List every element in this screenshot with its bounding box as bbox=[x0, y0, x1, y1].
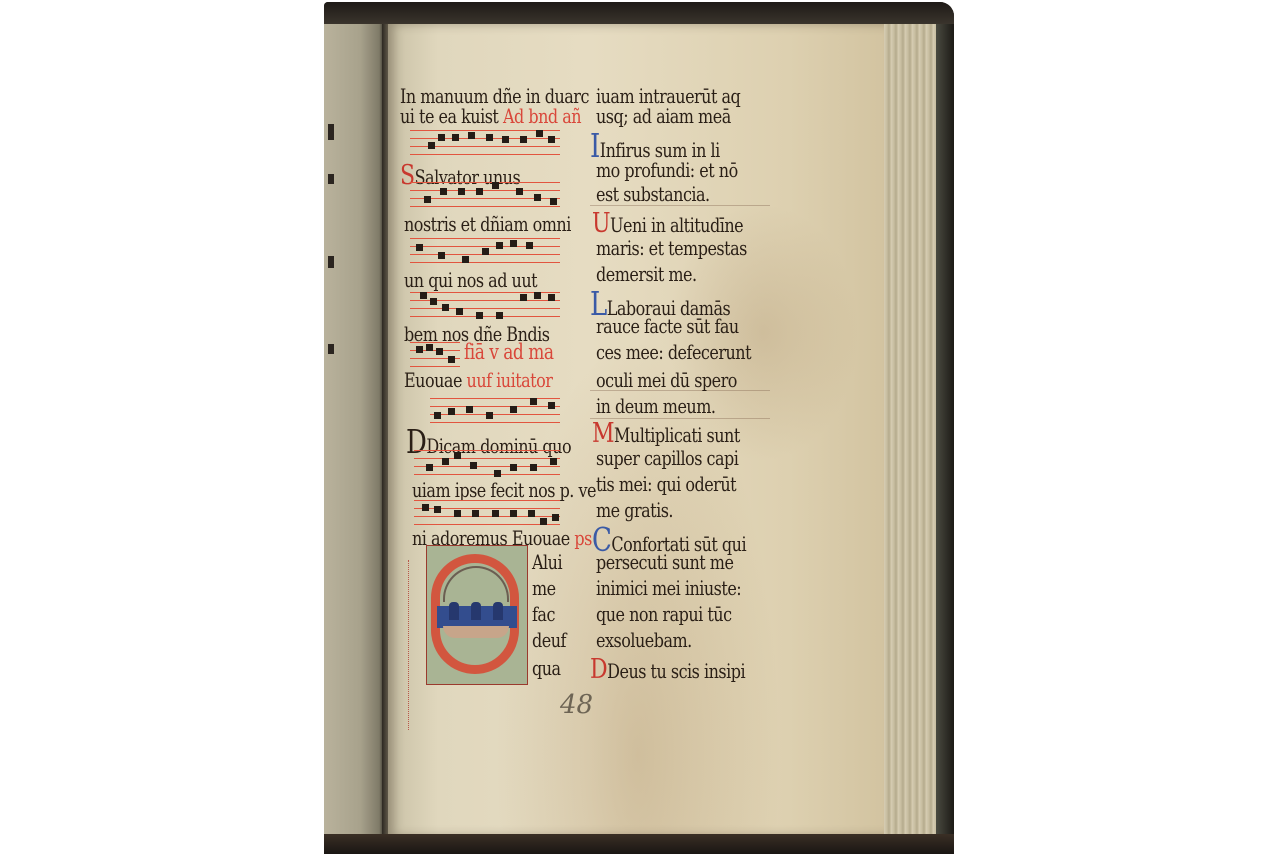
text-line: ces mee: defecerunt bbox=[596, 340, 751, 364]
text-line: ui te ea kuist Ad bnd añ bbox=[400, 104, 581, 128]
text-line: exsoluebam. bbox=[596, 628, 692, 652]
text-line: in deum meum. bbox=[596, 394, 715, 418]
folio-number: 48 bbox=[560, 690, 593, 720]
binding-bottom bbox=[324, 834, 954, 854]
rubric: ps bbox=[574, 526, 591, 550]
music-staff bbox=[410, 236, 560, 270]
text-line: MMultiplicati sunt bbox=[592, 418, 740, 449]
text-line: un qui nos ad uut bbox=[404, 268, 537, 292]
text-line: rauce facte sūt fau bbox=[596, 314, 739, 338]
text-line: me bbox=[532, 576, 556, 600]
page-fore-edge bbox=[884, 24, 938, 836]
red-initial: M bbox=[592, 418, 614, 449]
text-line: que non rapui tūc bbox=[596, 602, 732, 626]
music-staff bbox=[410, 180, 560, 214]
text-line: UUeni in altitudīne bbox=[592, 208, 743, 239]
text-line: qua bbox=[532, 656, 561, 680]
text-line: nostris et dñiam omni bbox=[404, 212, 571, 236]
text-line: est substancia. bbox=[596, 182, 710, 206]
text-line: deuf bbox=[532, 628, 566, 652]
text-line: demersit me. bbox=[596, 262, 697, 286]
music-staff bbox=[410, 128, 560, 162]
text-line: Alui bbox=[532, 550, 562, 574]
text-line: tis mei: qui oderūt bbox=[596, 472, 736, 496]
red-initial: D bbox=[590, 654, 607, 685]
text-line: persecuti sunt me bbox=[596, 550, 733, 574]
music-staff bbox=[414, 448, 560, 482]
text-line: inimici mei iniuste: bbox=[596, 576, 741, 600]
text-line: super capillos capi bbox=[596, 446, 738, 470]
music-staff bbox=[410, 290, 560, 324]
rubric: uuf iuitator bbox=[467, 368, 553, 392]
binding-edge bbox=[936, 24, 954, 836]
text-line: Euouae uuf iuitator bbox=[404, 368, 552, 392]
text-line: usq; ad aiam meā bbox=[596, 104, 731, 128]
text-line: maris: et tempestas bbox=[596, 236, 747, 260]
illuminated-initial-s bbox=[426, 545, 528, 685]
binding-top bbox=[324, 2, 954, 24]
text-line: me gratis. bbox=[596, 498, 673, 522]
red-initial: U bbox=[592, 208, 610, 239]
rubric: fiā v ad ma bbox=[464, 340, 553, 365]
text-line: DDeus tu scis insipi bbox=[590, 654, 745, 685]
rubric: Ad bnd añ bbox=[503, 104, 581, 128]
left-page-edge bbox=[324, 24, 384, 834]
text-line: oculi mei dū spero bbox=[596, 368, 737, 392]
text-line: fac bbox=[532, 602, 555, 626]
text-line: mo profundi: et nō bbox=[596, 158, 738, 182]
